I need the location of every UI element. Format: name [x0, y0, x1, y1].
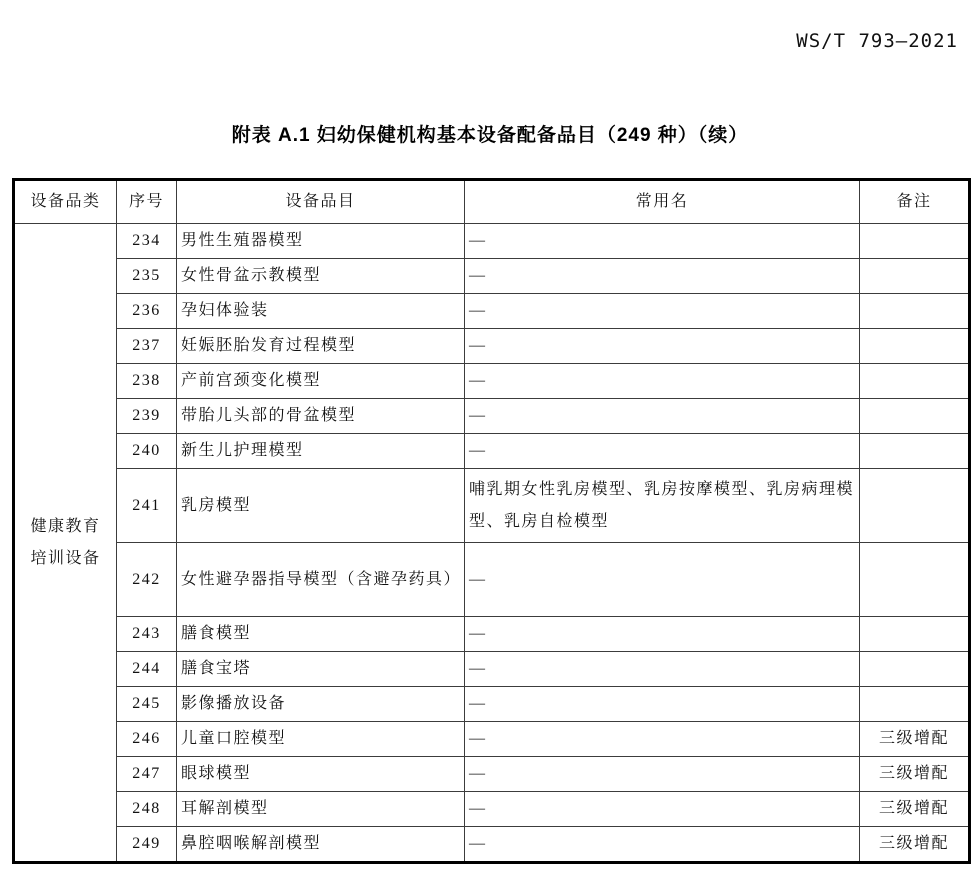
cell-note: [860, 364, 970, 399]
cell-note: [860, 469, 970, 543]
table-row: 244膳食宝塔—: [14, 652, 970, 687]
cell-common-name: —: [465, 792, 860, 827]
cell-item: 产前宫颈变化模型: [177, 364, 465, 399]
cell-common-name: —: [465, 224, 860, 259]
cell-serial: 236: [117, 294, 177, 329]
cell-item: 孕妇体验装: [177, 294, 465, 329]
cell-note: [860, 543, 970, 617]
cell-note: 三级增配: [860, 757, 970, 792]
cell-item: 女性避孕器指导模型（含避孕药具）: [177, 543, 465, 617]
standard-doc-number: WS/T 793—2021: [796, 30, 958, 52]
cell-note: 三级增配: [860, 792, 970, 827]
cell-note: [860, 399, 970, 434]
cell-item: 膳食宝塔: [177, 652, 465, 687]
category-line: 培训设备: [19, 543, 112, 575]
cell-note: 三级增配: [860, 827, 970, 863]
cell-common-name: —: [465, 259, 860, 294]
cell-common-name: —: [465, 722, 860, 757]
table-header-row: 设备品类 序号 设备品目 常用名 备注: [14, 180, 970, 224]
table-row: 237妊娠胚胎发育过程模型—: [14, 329, 970, 364]
table-row: 243膳食模型—: [14, 617, 970, 652]
cell-serial: 245: [117, 687, 177, 722]
table-title: 附表 A.1 妇幼保健机构基本设备配备品目（249 种）（续）: [0, 120, 980, 147]
cell-item: 儿童口腔模型: [177, 722, 465, 757]
table-row: 240新生儿护理模型—: [14, 434, 970, 469]
cell-serial: 240: [117, 434, 177, 469]
table-row: 241乳房模型哺乳期女性乳房模型、乳房按摩模型、乳房病理模型、乳房自检模型: [14, 469, 970, 543]
table-row: 245影像播放设备—: [14, 687, 970, 722]
cell-common-name: —: [465, 364, 860, 399]
cell-serial: 247: [117, 757, 177, 792]
cell-common-name: —: [465, 434, 860, 469]
cell-note: [860, 294, 970, 329]
cell-note: [860, 434, 970, 469]
cell-common-name: —: [465, 687, 860, 722]
cell-common-name: 哺乳期女性乳房模型、乳房按摩模型、乳房病理模型、乳房自检模型: [465, 469, 860, 543]
cell-serial: 237: [117, 329, 177, 364]
cell-item: 妊娠胚胎发育过程模型: [177, 329, 465, 364]
cell-common-name: —: [465, 757, 860, 792]
cell-common-name: —: [465, 294, 860, 329]
cell-note: [860, 259, 970, 294]
cell-item: 眼球模型: [177, 757, 465, 792]
cell-common-name: —: [465, 329, 860, 364]
equipment-table: 设备品类 序号 设备品目 常用名 备注 健康教育培训设备234男性生殖器模型—2…: [12, 178, 971, 864]
header-remarks: 备注: [860, 180, 970, 224]
cell-item: 女性骨盆示教模型: [177, 259, 465, 294]
table-row: 238产前宫颈变化模型—: [14, 364, 970, 399]
category-line: 健康教育: [19, 511, 112, 543]
cell-serial: 235: [117, 259, 177, 294]
cell-item: 带胎儿头部的骨盆模型: [177, 399, 465, 434]
cell-note: [860, 617, 970, 652]
cell-common-name: —: [465, 543, 860, 617]
cell-note: [860, 329, 970, 364]
cell-item: 耳解剖模型: [177, 792, 465, 827]
table-row: 235女性骨盆示教模型—: [14, 259, 970, 294]
cell-serial: 246: [117, 722, 177, 757]
cell-item: 影像播放设备: [177, 687, 465, 722]
cell-common-name: —: [465, 399, 860, 434]
table-row: 236孕妇体验装—: [14, 294, 970, 329]
cell-serial: 241: [117, 469, 177, 543]
cell-note: [860, 224, 970, 259]
cell-serial: 249: [117, 827, 177, 863]
table-row: 242女性避孕器指导模型（含避孕药具）—: [14, 543, 970, 617]
cell-item: 新生儿护理模型: [177, 434, 465, 469]
cell-note: [860, 687, 970, 722]
cell-note: 三级增配: [860, 722, 970, 757]
cell-item: 鼻腔咽喉解剖模型: [177, 827, 465, 863]
cell-serial: 248: [117, 792, 177, 827]
cell-serial: 242: [117, 543, 177, 617]
cell-serial: 234: [117, 224, 177, 259]
cell-serial: 238: [117, 364, 177, 399]
cell-common-name: —: [465, 652, 860, 687]
table-body: 健康教育培训设备234男性生殖器模型—235女性骨盆示教模型—236孕妇体验装—…: [14, 224, 970, 863]
cell-item: 男性生殖器模型: [177, 224, 465, 259]
category-cell: 健康教育培训设备: [14, 224, 117, 863]
cell-serial: 244: [117, 652, 177, 687]
cell-serial: 239: [117, 399, 177, 434]
header-equipment-item: 设备品目: [177, 180, 465, 224]
table-row: 246儿童口腔模型—三级增配: [14, 722, 970, 757]
table-row: 248耳解剖模型—三级增配: [14, 792, 970, 827]
cell-item: 膳食模型: [177, 617, 465, 652]
cell-common-name: —: [465, 617, 860, 652]
table-row: 247眼球模型—三级增配: [14, 757, 970, 792]
cell-common-name: —: [465, 827, 860, 863]
table-row: 249鼻腔咽喉解剖模型—三级增配: [14, 827, 970, 863]
cell-serial: 243: [117, 617, 177, 652]
document-page: WS/T 793—2021 附表 A.1 妇幼保健机构基本设备配备品目（249 …: [0, 0, 980, 892]
cell-note: [860, 652, 970, 687]
table-row: 健康教育培训设备234男性生殖器模型—: [14, 224, 970, 259]
header-equipment-category: 设备品类: [14, 180, 117, 224]
header-common-name: 常用名: [465, 180, 860, 224]
cell-item: 乳房模型: [177, 469, 465, 543]
table-row: 239带胎儿头部的骨盆模型—: [14, 399, 970, 434]
header-serial-number: 序号: [117, 180, 177, 224]
